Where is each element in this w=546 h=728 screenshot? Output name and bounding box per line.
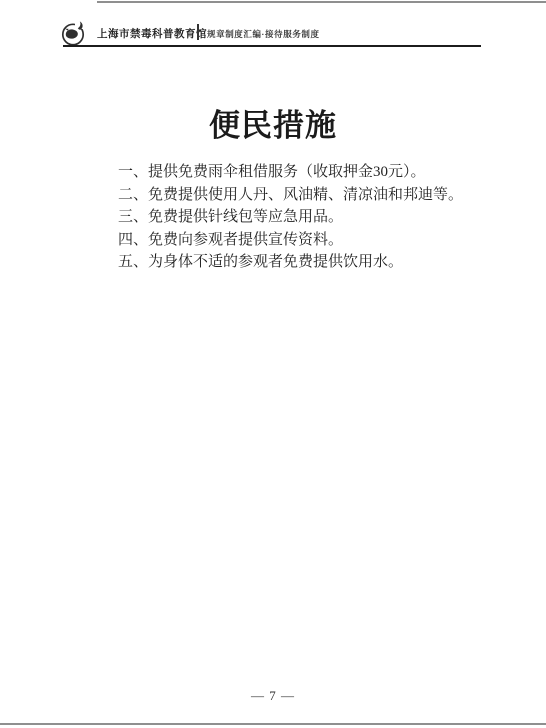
page-header: 上海市禁毒科普教育馆 规章制度汇编·接待服务制度 (59, 18, 486, 44)
scan-artifact-top (97, 1, 546, 3)
list-item-4: 四、免费向参观者提供宣传资料。 (118, 229, 463, 252)
page-title: 便民措施 (0, 108, 546, 144)
page-number: — 7 — (251, 688, 295, 703)
header-divider (197, 24, 199, 40)
list-item-1: 一、提供免费雨伞租借服务（收取押金30元）。 (118, 161, 463, 184)
page-footer: — 7 — (0, 688, 546, 704)
list-item-3: 三、免费提供针线包等应急用品。 (118, 206, 463, 229)
header-rule (63, 45, 481, 47)
measures-list: 一、提供免费雨伞租借服务（收取押金30元）。 二、免费提供使用人丹、风油精、清凉… (118, 161, 463, 274)
list-item-5: 五、为身体不适的参观者免费提供饮用水。 (118, 251, 463, 274)
list-item-2: 二、免费提供使用人丹、风油精、清凉油和邦迪等。 (118, 184, 463, 207)
header-subtitle: 规章制度汇编·接待服务制度 (207, 28, 320, 40)
document-page: 上海市禁毒科普教育馆 规章制度汇编·接待服务制度 便民措施 一、提供免费雨伞租借… (0, 0, 546, 728)
org-name: 上海市禁毒科普教育馆 (97, 26, 207, 41)
museum-logo-icon (59, 19, 87, 47)
scan-artifact-bottom (0, 723, 546, 725)
